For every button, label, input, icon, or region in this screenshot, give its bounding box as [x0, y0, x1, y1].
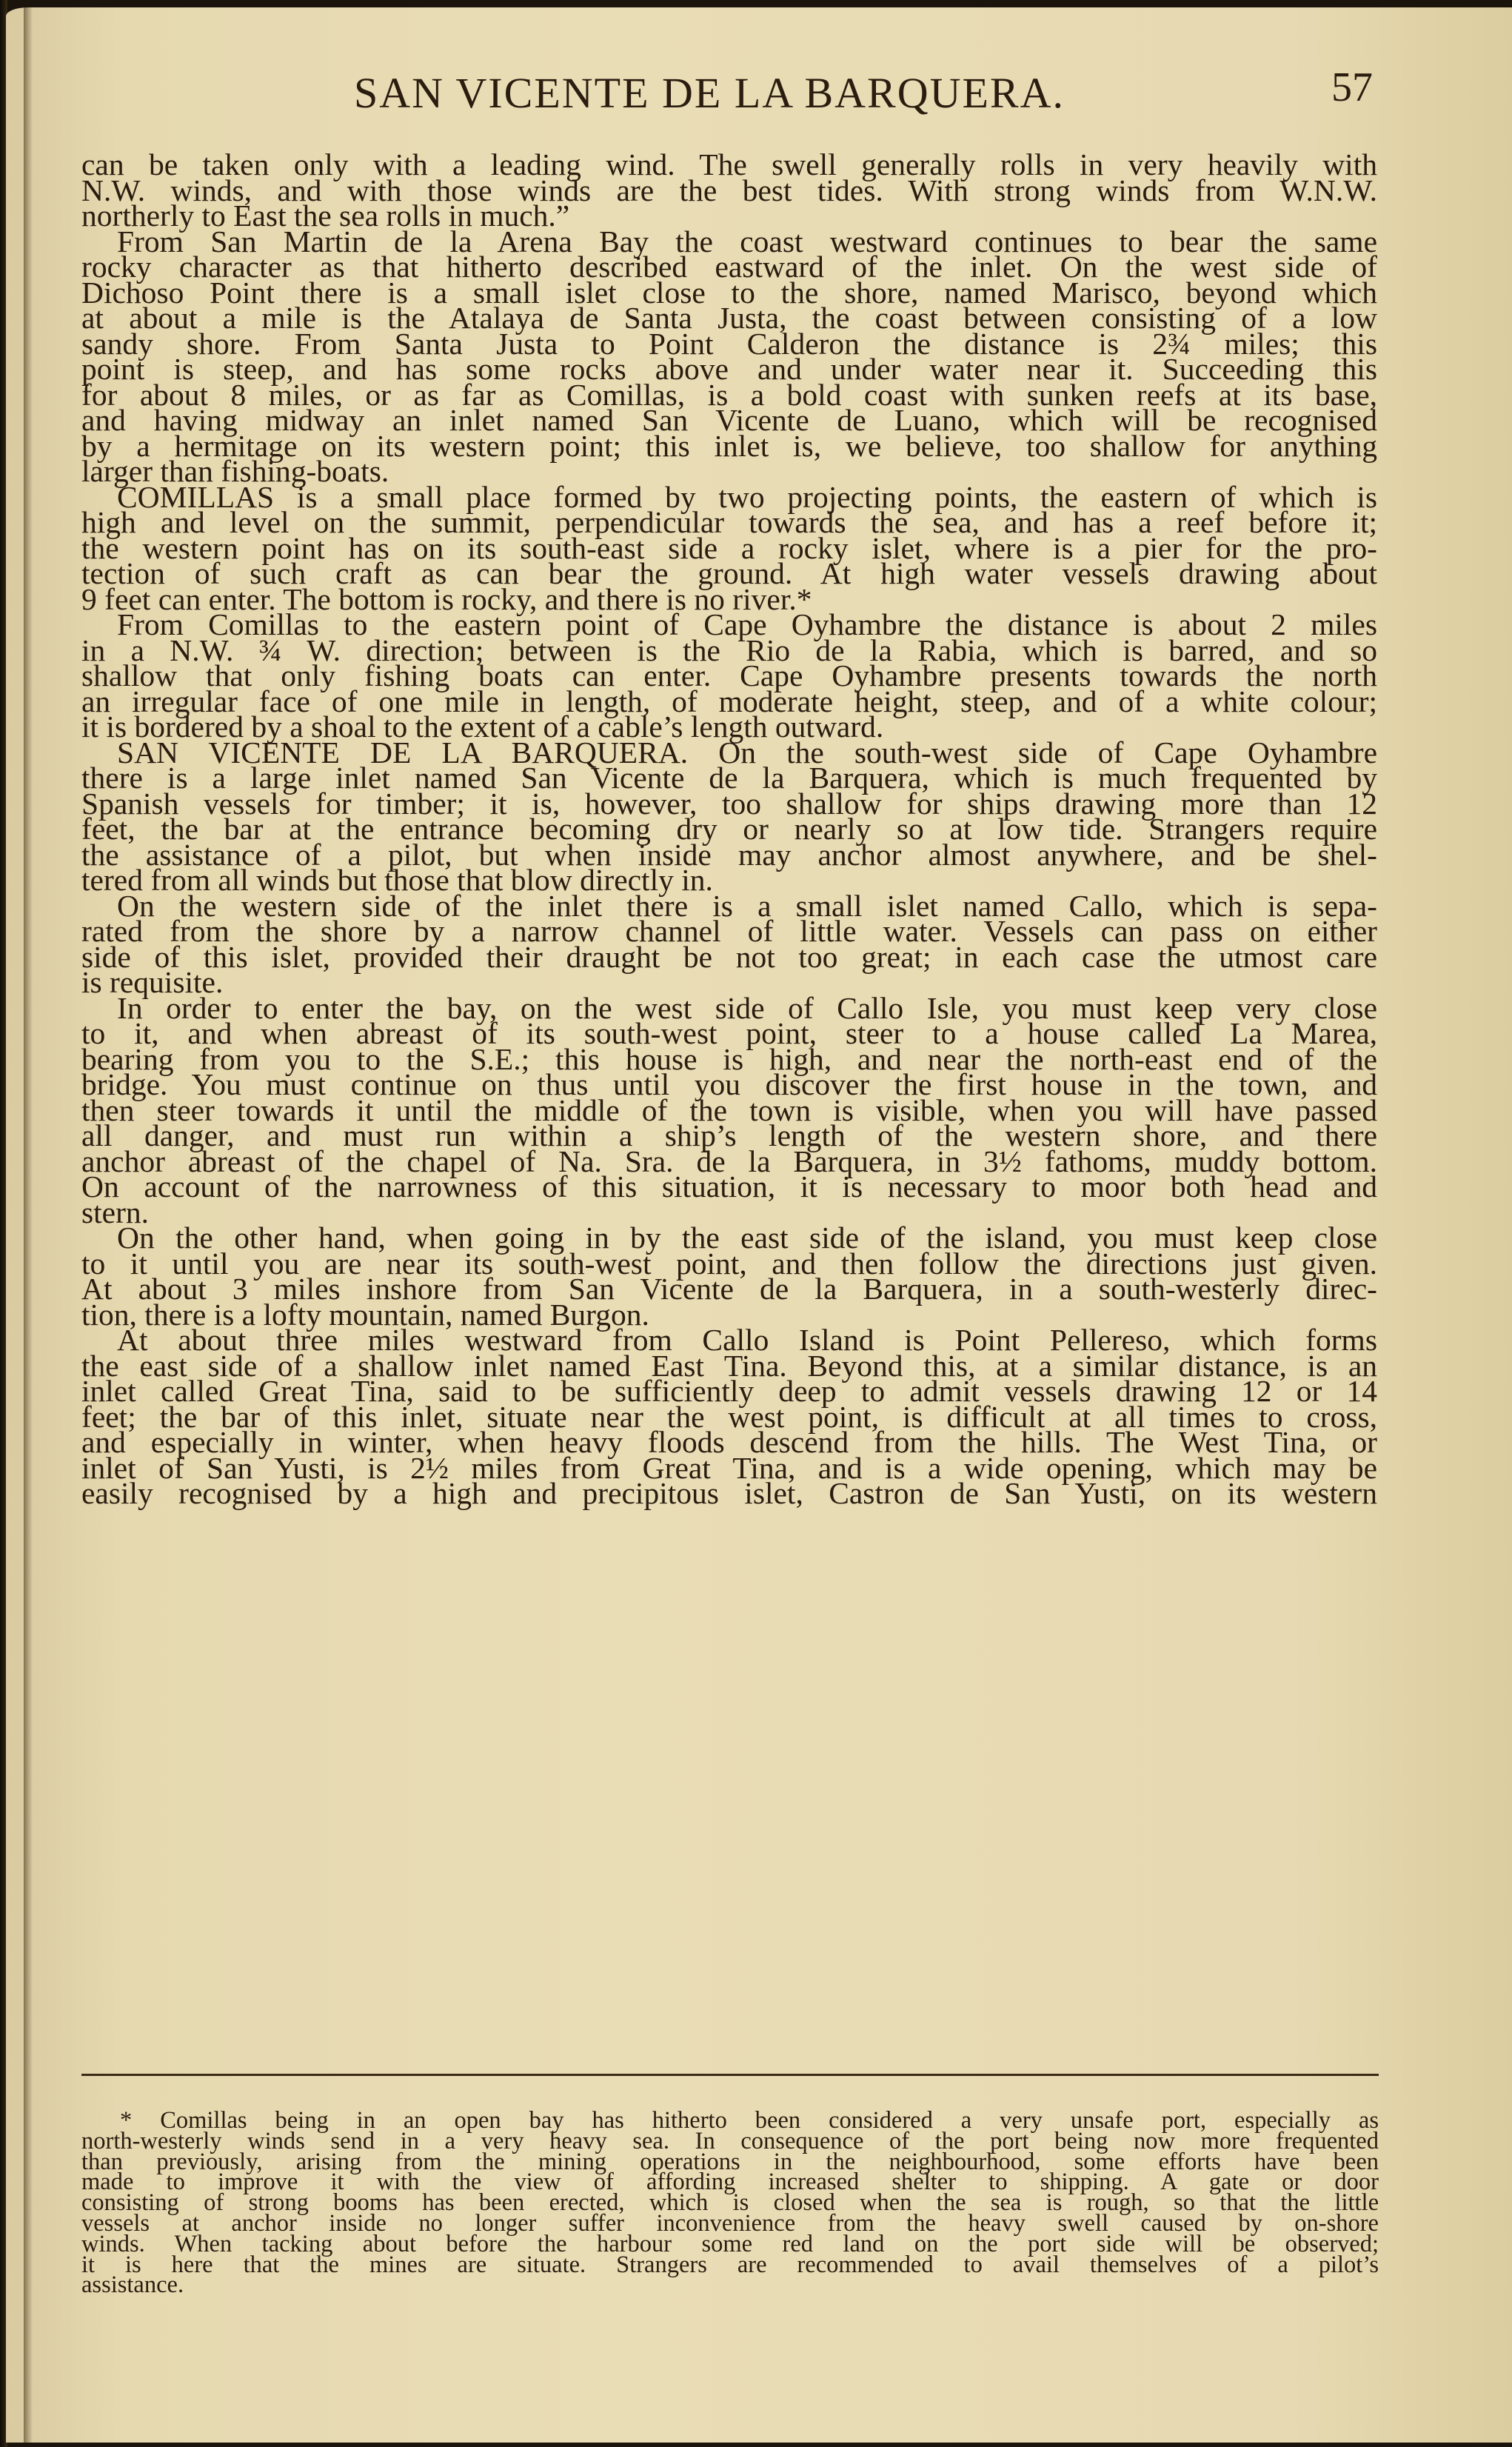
text-line: On account of the narrowness of this sit…: [81, 1174, 1377, 1200]
body-text: can be taken only with a leading wind. T…: [81, 152, 1377, 1506]
footnote-rule: [81, 2074, 1379, 2076]
page-header: SAN VICENTE DE LA BARQUERA. 57: [0, 68, 1512, 127]
gutter-shadow: [24, 7, 33, 2443]
running-title: SAN VICENTE DE LA BARQUERA.: [354, 68, 1065, 118]
text-line: side of this islet, provided their draug…: [81, 944, 1377, 970]
text-line: easily recognised by a high and precipit…: [81, 1480, 1377, 1506]
footnote: * Comillas being in an open bay has hith…: [81, 2111, 1379, 2296]
footnote-line: assistance.: [81, 2275, 1379, 2296]
footnote-line: it is here that the mines are situate. S…: [81, 2255, 1379, 2276]
page-number: 57: [1331, 64, 1373, 111]
